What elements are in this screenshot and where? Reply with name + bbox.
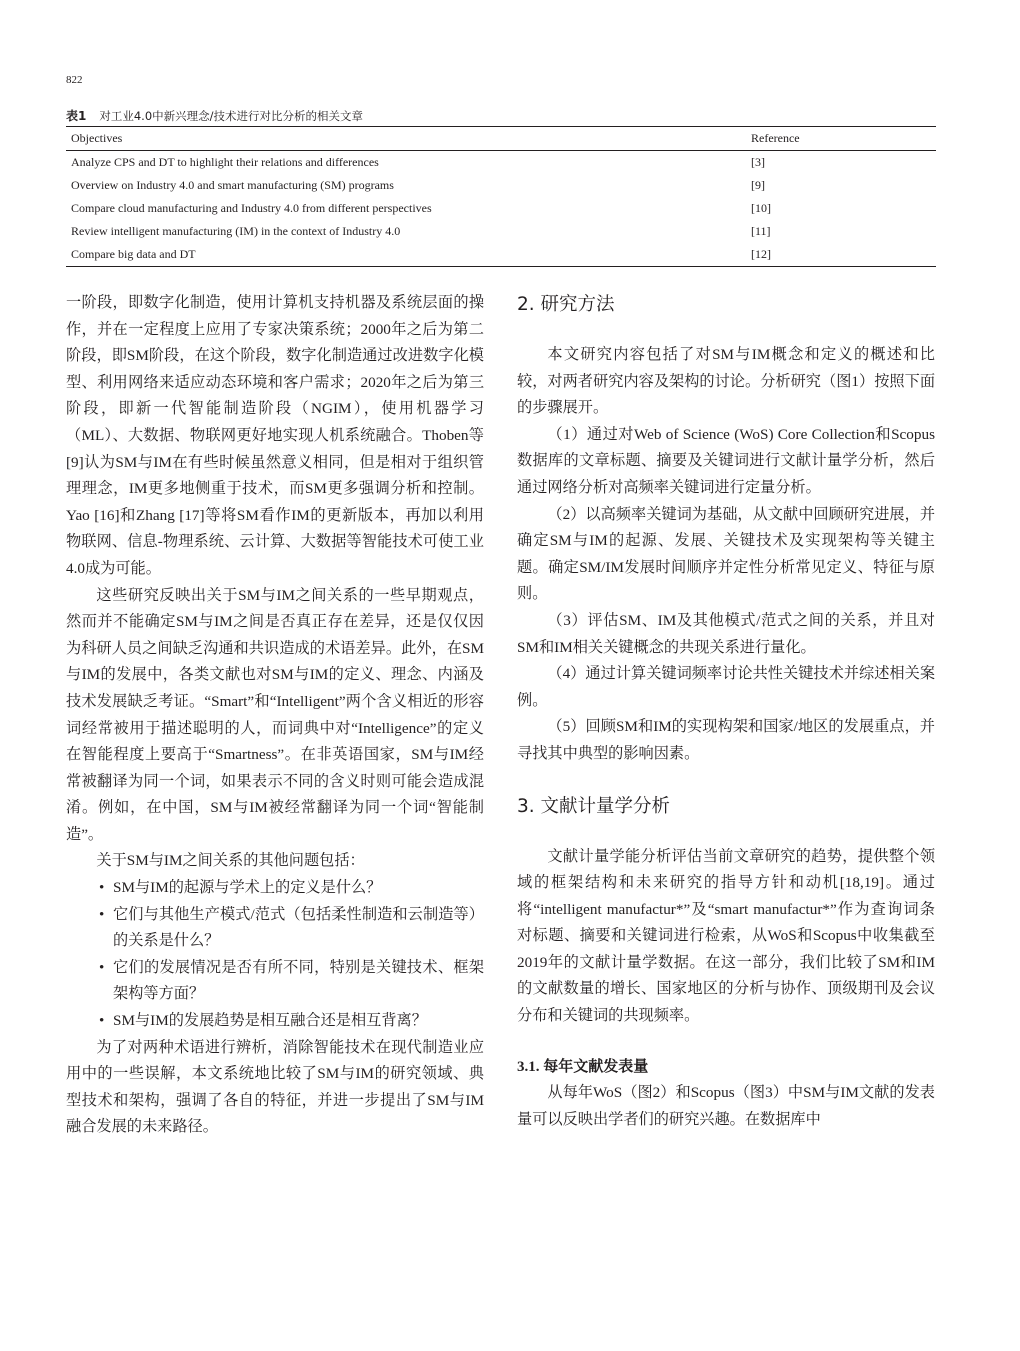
header-reference: Reference: [751, 127, 936, 151]
reference-cell: [12]: [751, 243, 936, 267]
paragraph: 从每年WoS（图2）和Scopus（图3）中SM与IM文献的发表量可以反映出学者…: [517, 1080, 935, 1133]
comparison-table: Objectives Reference Analyze CPS and DT …: [66, 126, 936, 267]
header-objectives: Objectives: [66, 127, 751, 151]
list-item-text: SM与IM的起源与学术上的定义是什么？: [113, 879, 381, 896]
method-step: （5）回顾SM和IM的实现构架和国家/地区的发展重点，并寻找其中典型的影响因素。: [517, 714, 935, 767]
objective-cell: Compare cloud manufacturing and Industry…: [66, 197, 751, 220]
list-item-text: 它们的发展情况是否有所不同，特别是关键技术、框架架构等方面？: [113, 959, 484, 1003]
paragraph: 关于SM与IM之间关系的其他问题包括：: [66, 848, 484, 875]
table-row: Compare big data and DT [12]: [66, 243, 936, 267]
section-heading-bibliometrics: 3. 文献计量学分析: [517, 792, 935, 822]
left-column: 一阶段，即数字化制造，使用计算机支持机器及系统层面的操作，并在一定程度上应用了专…: [66, 290, 484, 1141]
table-row: Compare cloud manufacturing and Industry…: [66, 197, 936, 220]
section-heading-methods: 2. 研究方法: [517, 290, 935, 320]
list-item: •SM与IM的发展趋势是相互融合还是相互背离？: [66, 1008, 484, 1035]
objective-cell: Compare big data and DT: [66, 243, 751, 267]
paragraph: 这些研究反映出关于SM与IM之间关系的一些早期观点，然而并不能确定SM与IM之间…: [66, 583, 484, 849]
reference-cell: [3]: [751, 151, 936, 175]
table-caption-text: 对工业4.0中新兴理念/技术进行对比分析的相关文章: [99, 109, 363, 123]
table-caption: 表1 对工业4.0中新兴理念/技术进行对比分析的相关文章: [66, 107, 363, 124]
list-item: •它们与其他生产模式/范式（包括柔性制造和云制造等）的关系是什么？: [66, 902, 484, 955]
reference-cell: [11]: [751, 220, 936, 243]
table-row: Review intelligent manufacturing (IM) in…: [66, 220, 936, 243]
table-caption-label: 表1: [66, 109, 86, 123]
list-item: •它们的发展情况是否有所不同，特别是关键技术、框架架构等方面？: [66, 955, 484, 1008]
page-number: 822: [66, 74, 83, 86]
reference-cell: [10]: [751, 197, 936, 220]
table-row: Analyze CPS and DT to highlight their re…: [66, 151, 936, 175]
method-step: （4）通过计算关键词频率讨论共性关键技术并综述相关案例。: [517, 661, 935, 714]
bullet-icon: •: [99, 1008, 104, 1035]
objective-cell: Analyze CPS and DT to highlight their re…: [66, 151, 751, 175]
method-step: （3）评估SM、IM及其他模式/范式之间的关系，并且对SM和IM相关关键概念的共…: [517, 608, 935, 661]
list-item-text: SM与IM的发展趋势是相互融合还是相互背离？: [113, 1012, 427, 1029]
list-item: •SM与IM的起源与学术上的定义是什么？: [66, 875, 484, 902]
paragraph: 为了对两种术语进行辨析，消除智能技术在现代制造业应用中的一些误解，本文系统地比较…: [66, 1035, 484, 1141]
reference-cell: [9]: [751, 174, 936, 197]
paragraph-continued: 一阶段，即数字化制造，使用计算机支持机器及系统层面的操作，并在一定程度上应用了专…: [66, 290, 484, 583]
question-list: •SM与IM的起源与学术上的定义是什么？ •它们与其他生产模式/范式（包括柔性制…: [66, 875, 484, 1035]
right-column: 2. 研究方法 本文研究内容包括了对SM与IM概念和定义的概述和比较，对两者研究…: [517, 290, 935, 1133]
objective-cell: Review intelligent manufacturing (IM) in…: [66, 220, 751, 243]
paragraph: 本文研究内容包括了对SM与IM概念和定义的概述和比较，对两者研究内容及架构的讨论…: [517, 342, 935, 422]
table-header-row: Objectives Reference: [66, 127, 936, 151]
objective-cell: Overview on Industry 4.0 and smart manuf…: [66, 174, 751, 197]
list-item-text: 它们与其他生产模式/范式（包括柔性制造和云制造等）的关系是什么？: [113, 906, 484, 950]
bullet-icon: •: [99, 875, 104, 902]
subsection-heading-annual-publications: 3.1. 每年文献发表量: [517, 1054, 935, 1081]
bullet-icon: •: [99, 902, 104, 929]
method-step: （1）通过对Web of Science (WoS) Core Collecti…: [517, 422, 935, 502]
paragraph: 文献计量学能分析评估当前文章研究的趋势，提供整个领域的框架结构和未来研究的指导方…: [517, 844, 935, 1030]
bullet-icon: •: [99, 955, 104, 982]
table-row: Overview on Industry 4.0 and smart manuf…: [66, 174, 936, 197]
method-step: （2）以高频率关键词为基础，从文献中回顾研究进展，并确定SM与IM的起源、发展、…: [517, 502, 935, 608]
